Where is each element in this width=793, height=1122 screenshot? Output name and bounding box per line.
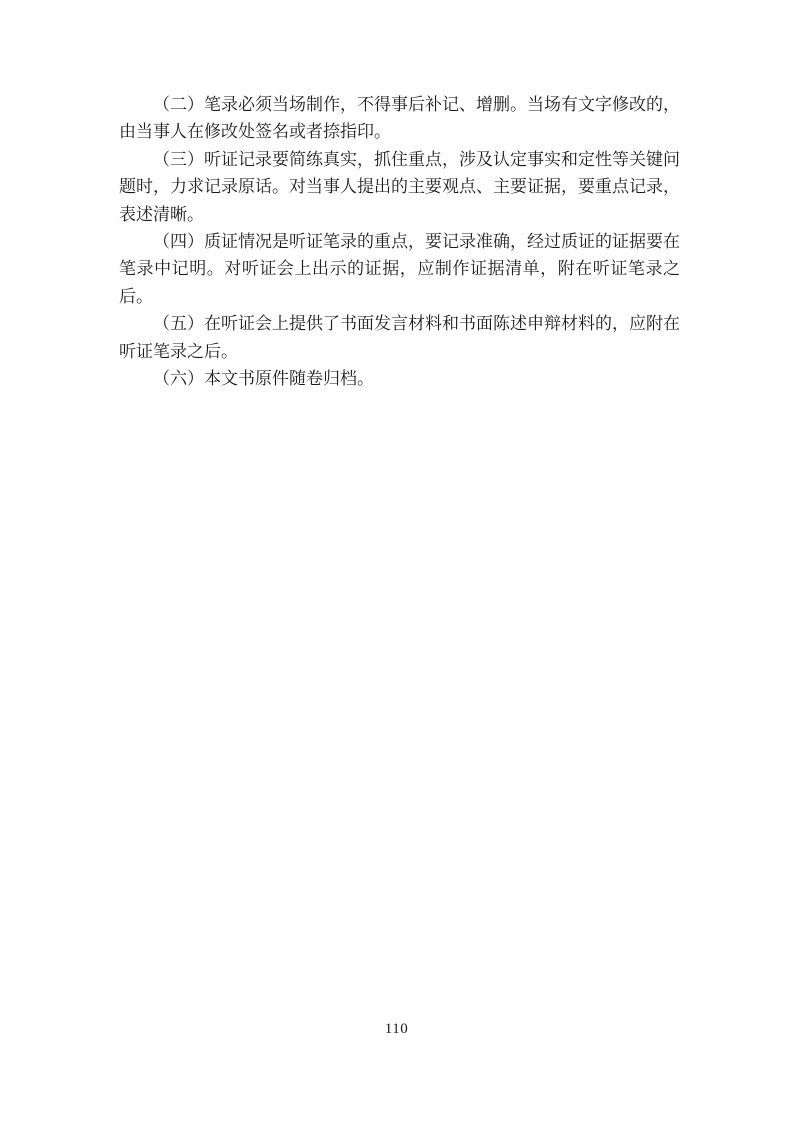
- document-body: （二）笔录必须当场制作，不得事后补记、增删。当场有文字修改的，由当事人在修改处签…: [119, 91, 680, 392]
- paragraph-item-2: （二）笔录必须当场制作，不得事后补记、增删。当场有文字修改的，由当事人在修改处签…: [119, 91, 680, 146]
- document-page: （二）笔录必须当场制作，不得事后补记、增删。当场有文字修改的，由当事人在修改处签…: [0, 0, 793, 1122]
- paragraph-item-4: （四）质证情况是听证笔录的重点，要记录准确，经过质证的证据要在笔录中记明。对听证…: [119, 228, 680, 310]
- paragraph-item-3: （三）听证记录要简练真实，抓住重点，涉及认定事实和定性等关键问题时，力求记录原话…: [119, 146, 680, 228]
- paragraph-item-6: （六）本文书原件随卷归档。: [119, 365, 680, 392]
- paragraph-item-5: （五）在听证会上提供了书面发言材料和书面陈述申辩材料的，应附在听证笔录之后。: [119, 310, 680, 365]
- page-number: 110: [0, 1021, 793, 1038]
